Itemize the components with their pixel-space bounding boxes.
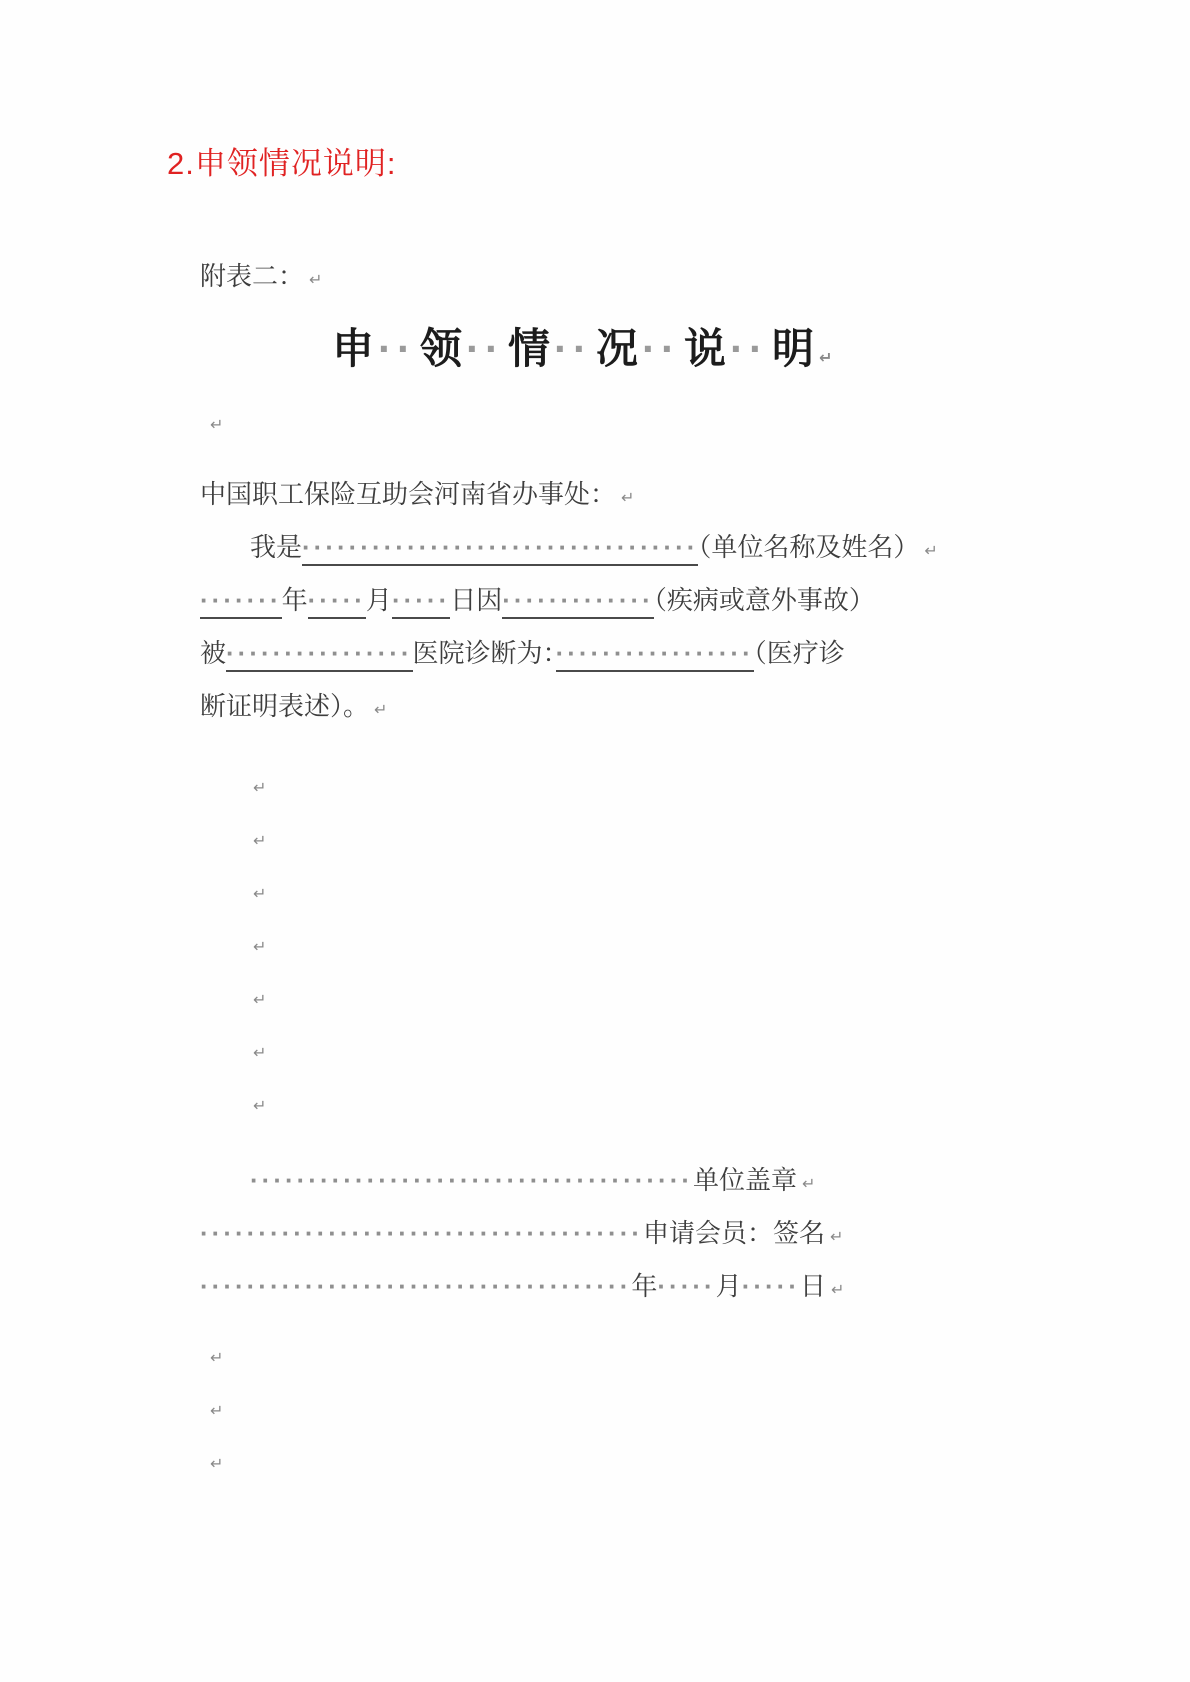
space-dots-icon: ·· bbox=[378, 325, 416, 372]
blank-fill-dots: ····· bbox=[392, 585, 450, 619]
salutation-line: 中国职工保险互助会河南省办事处：↵ bbox=[200, 468, 920, 521]
paragraph-mark-icon: ↵ bbox=[831, 1282, 844, 1299]
title-char: 说 bbox=[684, 325, 726, 372]
body-text: （医疗诊 bbox=[754, 638, 845, 668]
empty-paragraph: ↵ bbox=[200, 970, 920, 1023]
body-line-4: 断证明表述）。↵ bbox=[200, 680, 920, 733]
space-dots-icon: ·· bbox=[466, 325, 504, 372]
paragraph-mark-icon: ↵ bbox=[253, 939, 266, 956]
date-day-label: 日 bbox=[800, 1271, 826, 1301]
empty-paragraph: ↵ bbox=[200, 395, 920, 448]
body-line-3: 被················医院诊断为：·················… bbox=[200, 627, 920, 680]
body-text: 年 bbox=[282, 585, 308, 615]
body-text: 我是 bbox=[250, 532, 302, 562]
section-heading: 2.申领情况说明: bbox=[167, 138, 396, 183]
paragraph-mark-icon: ↵ bbox=[253, 1045, 266, 1062]
space-dots-icon: ·· bbox=[730, 325, 768, 372]
body-text: 月 bbox=[366, 585, 392, 615]
blank-fill-dots: ·································· bbox=[302, 532, 698, 566]
space-fill-dots: ······································ bbox=[200, 1218, 643, 1248]
empty-paragraph: ↵ bbox=[200, 1023, 920, 1076]
space-dots-icon: ·· bbox=[642, 325, 680, 372]
empty-paragraph: ↵ bbox=[200, 758, 920, 811]
attachment-label-line: 附表二：↵ bbox=[200, 250, 920, 303]
title-char: 明 bbox=[772, 325, 814, 372]
paragraph-mark-icon: ↵ bbox=[210, 1403, 223, 1420]
paragraph-mark-icon: ↵ bbox=[309, 272, 322, 289]
document-body: 附表二：↵ 申··领··情··况··说··明↵ ↵ 中国职工保险互助会河南省办事… bbox=[200, 250, 920, 1487]
empty-paragraph: ↵ bbox=[200, 1381, 920, 1434]
space-dots-icon: ·· bbox=[554, 325, 592, 372]
member-signature-line: ······································申请… bbox=[200, 1207, 920, 1260]
paragraph-mark-icon: ↵ bbox=[802, 1176, 815, 1193]
blank-fill-dots: ················ bbox=[226, 638, 413, 672]
date-year-label: 年 bbox=[631, 1271, 657, 1301]
paragraph-mark-icon: ↵ bbox=[210, 1350, 223, 1367]
paragraph-mark-icon: ↵ bbox=[819, 350, 832, 367]
paragraph-mark-icon: ↵ bbox=[253, 992, 266, 1009]
title-char: 况 bbox=[596, 325, 638, 372]
empty-paragraph: ↵ bbox=[200, 864, 920, 917]
blank-fill-dots: ····· bbox=[308, 585, 366, 619]
paragraph-mark-icon: ↵ bbox=[924, 543, 937, 560]
empty-paragraph: ↵ bbox=[200, 917, 920, 970]
body-line-1: 我是··································（单位名… bbox=[200, 521, 920, 574]
empty-paragraph: ↵ bbox=[200, 1076, 920, 1129]
title-char: 领 bbox=[420, 325, 462, 372]
empty-paragraph: ↵ bbox=[200, 811, 920, 864]
blank-fill-dots: ················· bbox=[556, 638, 754, 672]
space-fill-dots: ····· bbox=[657, 1271, 715, 1301]
space-fill-dots: ····································· bbox=[200, 1271, 631, 1301]
paragraph-mark-icon: ↵ bbox=[253, 780, 266, 797]
blank-fill-dots: ············· bbox=[502, 585, 654, 619]
title-char: 情 bbox=[508, 325, 550, 372]
date-line: ·····································年··… bbox=[200, 1260, 920, 1313]
paragraph-mark-icon: ↵ bbox=[830, 1229, 843, 1246]
body-text: 被 bbox=[200, 638, 226, 668]
body-text: 日因 bbox=[450, 585, 502, 615]
body-text: 断证明表述）。 bbox=[200, 691, 369, 721]
date-month-label: 月 bbox=[716, 1271, 742, 1301]
paragraph-mark-icon: ↵ bbox=[253, 886, 266, 903]
paragraph-mark-icon: ↵ bbox=[253, 833, 266, 850]
member-signature-label: 申请会员：签名 bbox=[643, 1218, 825, 1248]
body-text: （单位名称及姓名） bbox=[698, 532, 919, 562]
space-fill-dots: ······································ bbox=[250, 1165, 693, 1195]
paragraph-mark-icon: ↵ bbox=[210, 1456, 223, 1473]
empty-paragraph: ↵ bbox=[200, 1434, 920, 1487]
body-text: （疾病或意外事故） bbox=[654, 585, 875, 615]
seal-label: 单位盖章 bbox=[693, 1165, 797, 1195]
attachment-label: 附表二： bbox=[200, 261, 304, 291]
salutation: 中国职工保险互助会河南省办事处： bbox=[200, 479, 616, 509]
body-line-2: ·······年·····月·····日因·············（疾病或意外… bbox=[200, 574, 920, 627]
seal-line: ······································单位… bbox=[200, 1154, 920, 1207]
space-fill-dots: ····· bbox=[742, 1271, 800, 1301]
paragraph-mark-icon: ↵ bbox=[210, 417, 223, 434]
paragraph-mark-icon: ↵ bbox=[374, 702, 387, 719]
empty-paragraph: ↵ bbox=[200, 1328, 920, 1381]
form-title: 申··领··情··况··说··明↵ bbox=[200, 303, 920, 395]
body-text: 医院诊断为： bbox=[413, 638, 556, 668]
document-page: 2.申领情况说明: 附表二：↵ 申··领··情··况··说··明↵ ↵ 中国职工… bbox=[0, 0, 1190, 1682]
blank-fill-dots: ······· bbox=[200, 585, 282, 619]
paragraph-mark-icon: ↵ bbox=[621, 490, 634, 507]
title-char: 申 bbox=[332, 325, 374, 372]
paragraph-mark-icon: ↵ bbox=[253, 1098, 266, 1115]
